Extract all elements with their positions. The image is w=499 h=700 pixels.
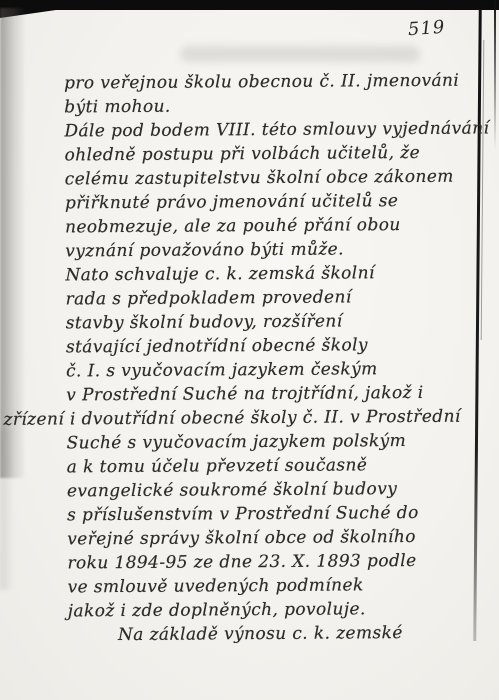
handwritten-line: roku 1894-95 ze dne 23. X. 1893 podle	[67, 549, 469, 576]
handwritten-line: a k tomu účelu převzetí současně	[67, 453, 469, 480]
handwritten-line: Nato schvaluje c. k. zemská školní	[65, 261, 467, 288]
handwritten-line: celému zastupitelstvu školní obce zákone…	[65, 165, 467, 192]
handwritten-line: přiřknuté právo jmenování učitelů se	[65, 189, 467, 216]
handwritten-line: vyznání považováno býti může.	[65, 237, 467, 264]
handwritten-line: stávající jednotřídní obecné školy	[66, 333, 468, 360]
handwriting-block: pro veřejnou školu obecnou č. II. jmenov…	[64, 69, 470, 648]
scan-smudge	[180, 46, 420, 62]
handwritten-line: stavby školní budovy, rozšíření	[66, 309, 468, 336]
handwritten-line: ohledně postupu při volbách učitelů, že	[64, 141, 466, 168]
scan-edge-top	[0, 0, 499, 10]
scanned-manuscript-page: 519 pro veřejnou školu obecnou č. II. jm…	[0, 0, 499, 700]
handwritten-line: v Prostřední Suché na trojtřídní, jakož …	[66, 381, 468, 408]
page-curl-shadow-left-lower	[0, 430, 14, 590]
handwritten-line-paragraph-start: Na základě výnosu c. k. zemské	[118, 621, 470, 647]
handwritten-line: Dále pod bodem VIII. této smlouvy vyjedn…	[64, 117, 466, 144]
handwritten-line: č. I. s vyučovacím jazykem českým	[66, 357, 468, 384]
page-number: 519	[407, 17, 446, 41]
scan-edge-right	[494, 0, 496, 150]
handwritten-line: s příslušenstvím v Prostřední Suché do	[67, 501, 469, 528]
handwritten-line-with-margin-insertion: zřízení i dvoutřídní obecné školy č. II.…	[3, 405, 468, 432]
handwritten-line: neobmezuje, ale za pouhé přání obou	[65, 213, 467, 240]
handwritten-line: jakož i zde doplněných, povoluje.	[68, 597, 470, 624]
handwritten-line: rada s předpokladem provedení	[66, 285, 468, 312]
handwritten-line: býti mohou.	[64, 93, 466, 120]
handwritten-line: pro veřejnou školu obecnou č. II. jmenov…	[64, 69, 466, 96]
handwritten-line: veřejné správy školní obce od školního	[67, 525, 469, 552]
book-spine-line-secondary	[481, 40, 485, 340]
handwritten-line: evangelické soukromé školní budovy	[67, 477, 469, 504]
handwritten-line: Suché s vyučovacím jazykem polským	[67, 429, 469, 456]
handwritten-line: ve smlouvě uvedených podmínek	[68, 573, 470, 600]
